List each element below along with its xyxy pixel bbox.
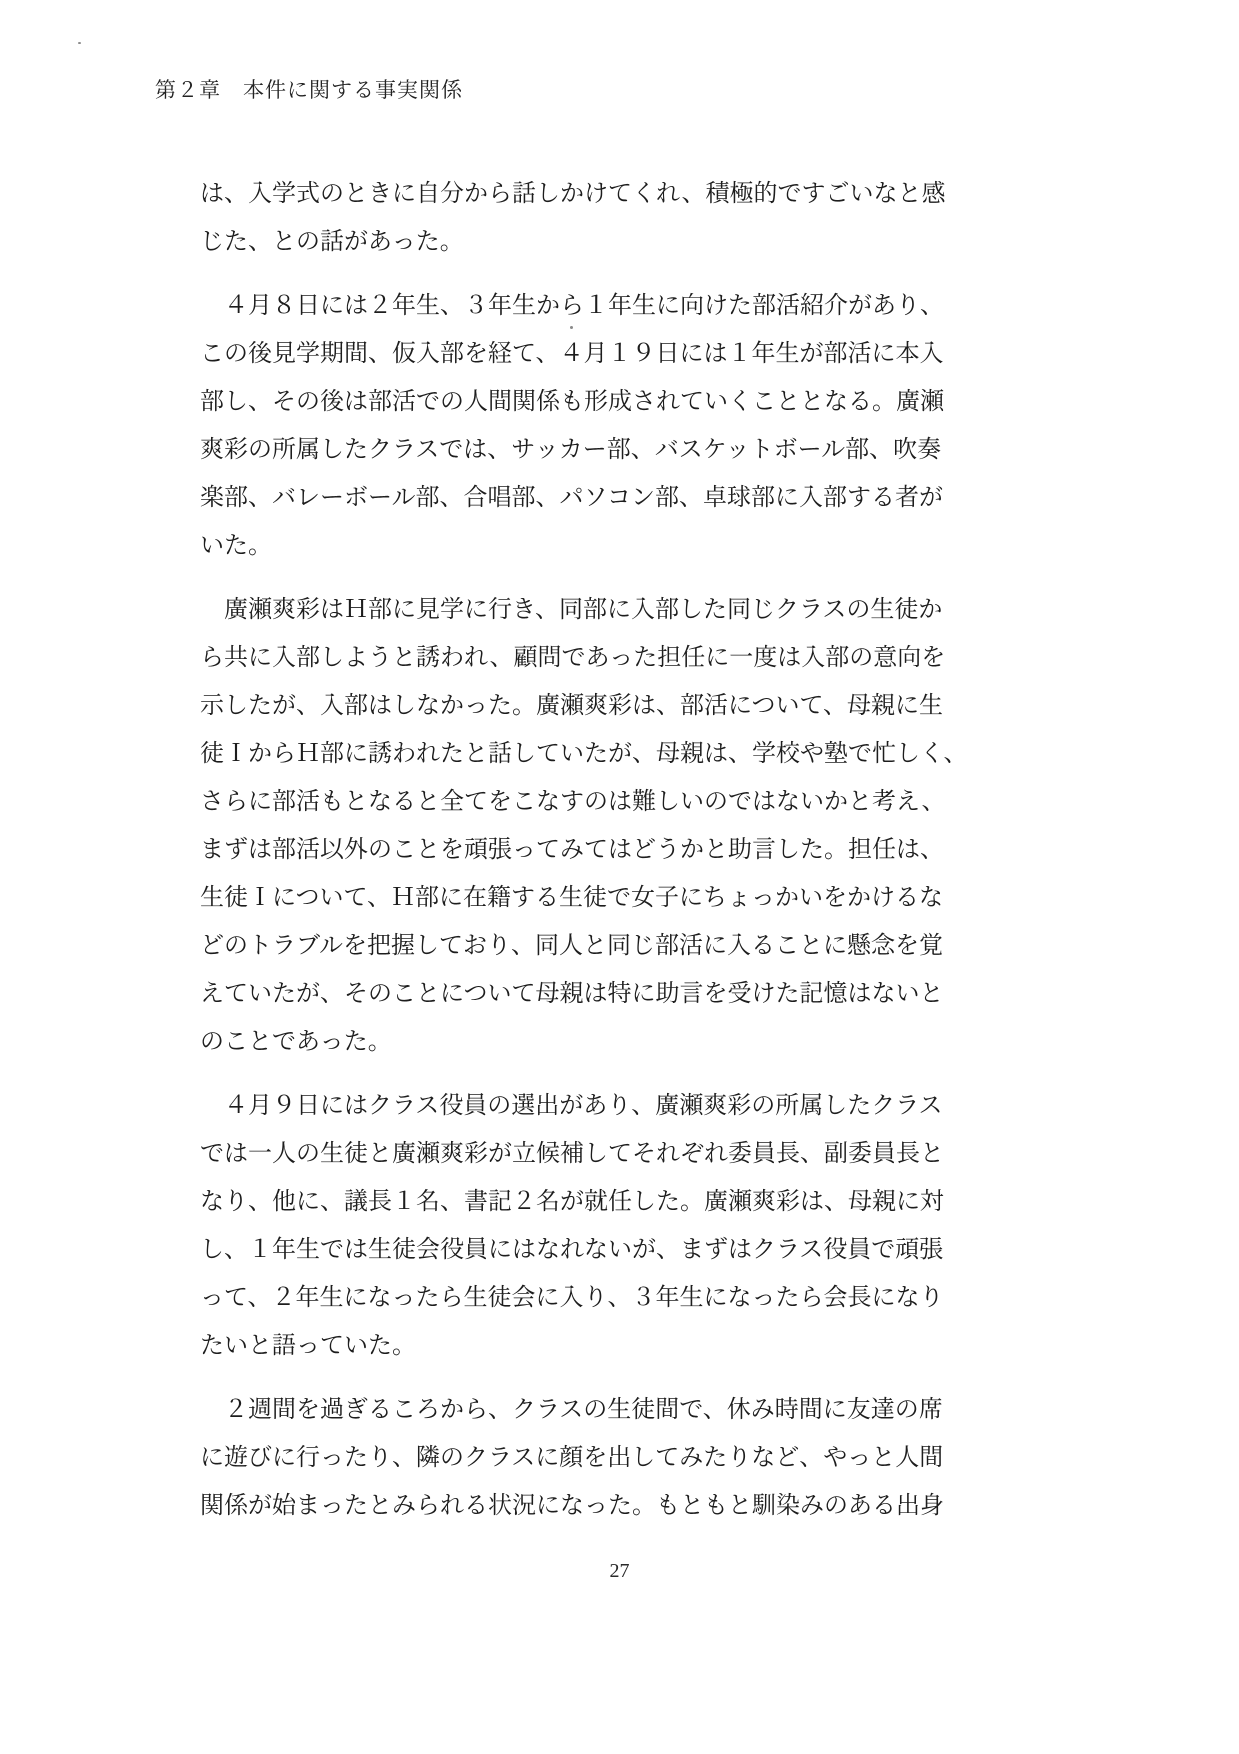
text-line: に遊びに行ったり、隣のクラスに顔を出してみたりなど、やっと人間 (200, 1434, 944, 1482)
text-line: まずは部活以外のことを頑張ってみてはどうかと助言した。担任は、 (200, 826, 944, 874)
text-line: ４月９日にはクラス役員の選出があり、廣瀬爽彩の所属したクラス (200, 1082, 944, 1130)
text-line: どのトラブルを把握しており、同人と同じ部活に入ることに懸念を覚 (200, 922, 944, 970)
text-line: 生徒Ｉについて、Ｈ部に在籍する生徒で女子にちょっかいをかけるな (200, 874, 944, 922)
paragraph: ４月９日にはクラス役員の選出があり、廣瀬爽彩の所属したクラスでは一人の生徒と廣瀬… (200, 1082, 944, 1370)
text-line: ４月８日には２年生、３年生から１年生に向けた部活紹介があり、 (200, 282, 944, 330)
page-number: 27 (0, 1560, 1239, 1583)
paragraph: ４月８日には２年生、３年生から１年生に向けた部活紹介があり、この後見学期間、仮入… (200, 282, 944, 570)
text-line: えていたが、そのことについて母親は特に助言を受けた記憶はないと (200, 970, 944, 1018)
paragraph: 廣瀬爽彩はＨ部に見学に行き、同部に入部した同じクラスの生徒から共に入部しようと誘… (200, 586, 944, 1066)
text-line: では一人の生徒と廣瀬爽彩が立候補してそれぞれ委員長、副委員長と (200, 1130, 944, 1178)
text-line: いた。 (200, 522, 944, 570)
text-line: さらに部活もとなると全てをこなすのは難しいのではないかと考え、 (200, 778, 944, 826)
text-line: なり、他に、議長１名、書記２名が就任した。廣瀬爽彩は、母親に対 (200, 1178, 944, 1226)
text-line: たいと語っていた。 (200, 1322, 944, 1370)
text-line: 示したが、入部はしなかった。廣瀬爽彩は、部活について、母親に生 (200, 682, 944, 730)
chapter-header: 第２章 本件に関する事実関係 (155, 74, 463, 104)
body-text: は、入学式のときに自分から話しかけてくれ、積極的ですごいなと感じた、との話があっ… (200, 170, 944, 1546)
text-line: のことであった。 (200, 1018, 944, 1066)
document-page: 第２章 本件に関する事実関係 は、入学式のときに自分から話しかけてくれ、積極的で… (0, 0, 1239, 1754)
text-line: じた、との話があった。 (200, 218, 944, 266)
text-line: 廣瀬爽彩はＨ部に見学に行き、同部に入部した同じクラスの生徒か (200, 586, 944, 634)
text-line: し、１年生では生徒会役員にはなれないが、まずはクラス役員で頑張 (200, 1226, 944, 1274)
text-line: 関係が始まったとみられる状況になった。もともと馴染みのある出身 (200, 1482, 944, 1530)
text-line: は、入学式のときに自分から話しかけてくれ、積極的ですごいなと感 (200, 170, 944, 218)
text-line: 徒ＩからＨ部に誘われたと話していたが、母親は、学校や塾で忙しく、 (200, 730, 944, 778)
text-line: って、２年生になったら生徒会に入り、３年生になったら会長になり (200, 1274, 944, 1322)
text-line: この後見学期間、仮入部を経て、４月１９日には１年生が部活に本入 (200, 330, 944, 378)
text-line: 楽部、バレーボール部、合唱部、パソコン部、卓球部に入部する者が (200, 474, 944, 522)
text-line: ２週間を過ぎるころから、クラスの生徒間で、休み時間に友達の席 (200, 1386, 944, 1434)
paragraph: は、入学式のときに自分から話しかけてくれ、積極的ですごいなと感じた、との話があっ… (200, 170, 944, 266)
text-line: 爽彩の所属したクラスでは、サッカー部、バスケットボール部、吹奏 (200, 426, 944, 474)
text-line: ら共に入部しようと誘われ、顧問であった担任に一度は入部の意向を (200, 634, 944, 682)
text-line: 部し、その後は部活での人間関係も形成されていくこととなる。廣瀬 (200, 378, 944, 426)
scan-artifact (78, 42, 81, 44)
paragraph: ２週間を過ぎるころから、クラスの生徒間で、休み時間に友達の席に遊びに行ったり、隣… (200, 1386, 944, 1530)
